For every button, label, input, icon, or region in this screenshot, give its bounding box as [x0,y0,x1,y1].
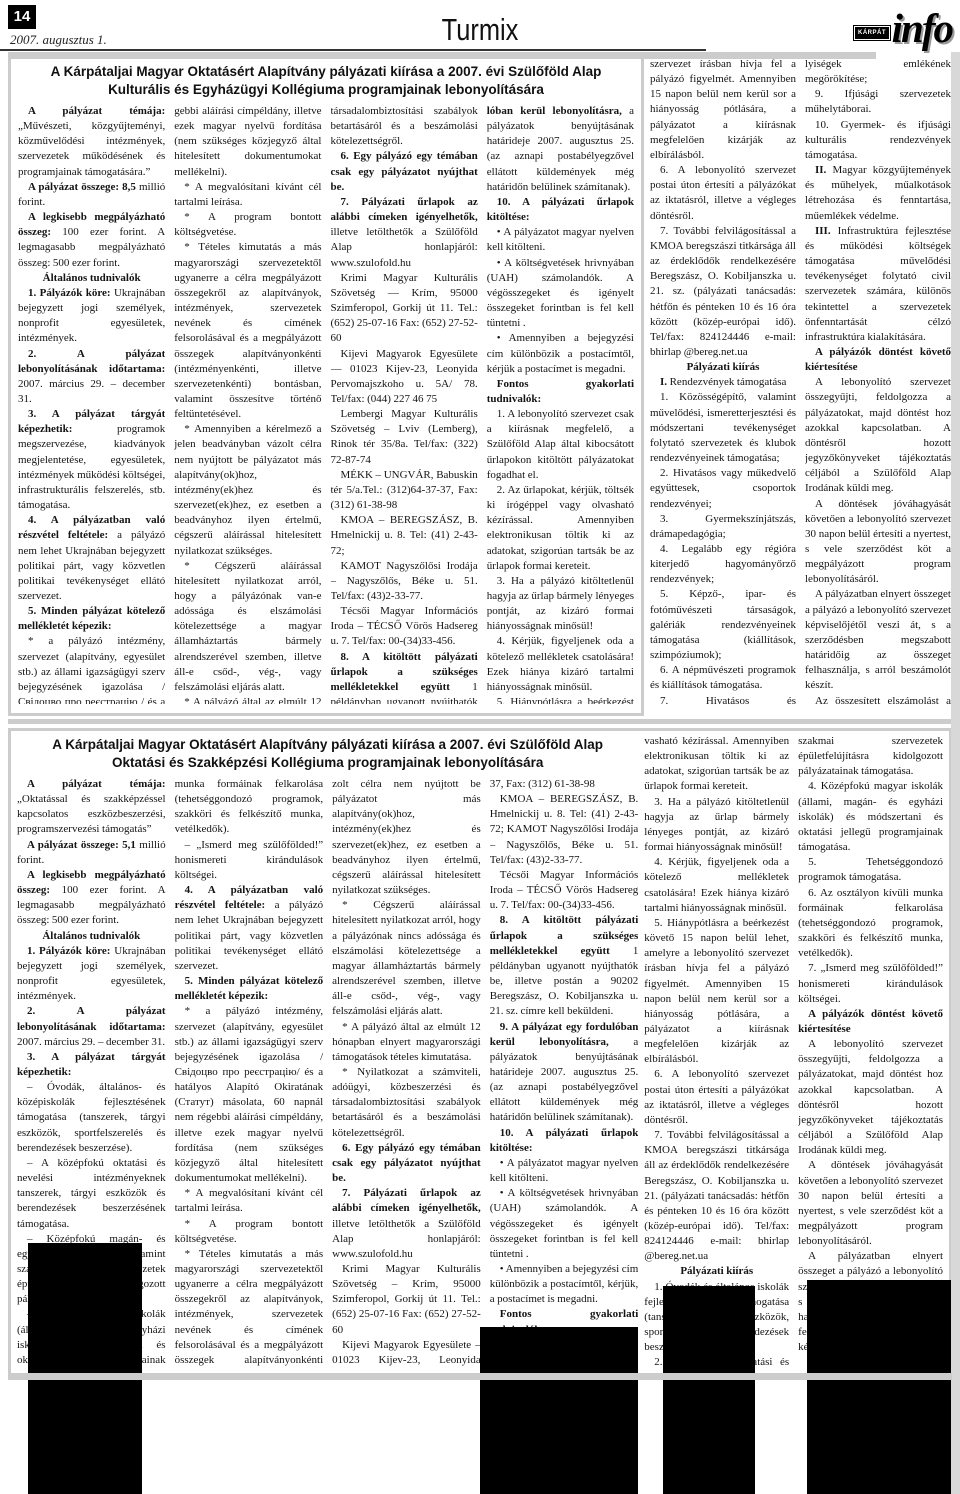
paragraph: 6. Az osztályon kívüli munka formáinak f… [798,886,943,962]
paragraph: 5. Tehetséggondozó programok támogatása. [798,855,943,885]
paragraph: Krimi Magyar Kulturális Szövetség — Krím… [331,271,478,347]
paragraph: Fontos gyakorlati tudnivalók: [487,377,634,407]
paragraph: 9. A pályázat egy fordulóban kerül lebon… [490,1020,639,1126]
article-bottom-title-line2: Oktatási és Szakképzési Kollégiuma progr… [112,755,543,770]
paragraph: * Tételes kimutatás a más magyarországi … [175,1247,324,1369]
paragraph: zolt célra nem nyújtott be pályázatot má… [332,777,481,898]
paragraph: * A megvalósítani kívánt cél tartalmi le… [174,180,321,210]
paragraph: 3. Ha a pályázó kitöltetlenül hagyja az … [644,795,789,856]
text-column: szakmai szervezetek épületfelújításra ki… [798,734,943,1372]
paragraph: * Tételes kimutatás a más magyarországi … [174,240,321,422]
paragraph: 7. Pályázati űrlapok az alábbi címeken i… [332,1186,481,1262]
paragraph: A legkisebb megpályázható összeg: 100 ez… [17,868,166,929]
redaction-box [28,1243,142,1494]
paragraph: • Amennyiben a bejegyzési cím különbözik… [490,1262,639,1307]
paragraph: A pályázók döntést követő kiértesítése [805,345,951,375]
paragraph: lóban kerül lebonyolításra, a pályázatok… [487,104,634,195]
paragraph: 4. A pályázatban való részvétel feltétel… [18,513,165,604]
paragraph: 4. Kérjük, figyeljenek oda a kötelező me… [487,634,634,695]
paragraph: * A program bontott költségvetése. [174,210,321,240]
paragraph: Általános tudnivalók [17,929,166,944]
bottom-rule-overlay [8,1373,952,1380]
paragraph: A pályázat összege: 5,1 millió forint. [17,838,166,868]
paragraph: 6. Egy pályázó egy témában csak egy pály… [332,1141,481,1186]
page-edge-strip [951,52,960,1494]
paragraph: 3. A pályázat tárgyát képezhetik: [17,1050,166,1080]
paragraph: vasható kézírással. Amennyiben elektroni… [644,734,789,795]
paragraph: * A megvalósítani kívánt cél tartalmi le… [175,1186,324,1216]
paragraph: 6. Egy pályázó egy témában csak egy pály… [331,149,478,194]
paragraph: Krimi Magyar Kulturális Szövetség – Krím… [332,1262,481,1338]
paragraph: 4. Legalább egy régióra kiterjedő hagyom… [650,542,796,587]
paragraph: III. Infrastruktúra fejlesztése és működ… [805,224,951,345]
paragraph: Técsői Magyar Információs Iroda – TÉCSŐ … [490,868,639,913]
paragraph: KMOA – BEREGSZÁSZ, B. Hmelnickij u. 8. T… [331,513,478,558]
paragraph: 4. Kérjük, figyeljenek oda a kötelező me… [644,855,789,916]
paragraph: 10. Gyermek- és ifjúsági kulturális rend… [805,118,951,163]
info-logo: info KÁRPÁT [852,4,952,50]
paragraph: 1. A lebonyolító szervezet csak a kiírás… [487,407,634,483]
paragraph: A pályázatban elnyert összeget a pályázó… [805,587,951,693]
paragraph: – Óvodák, általános- és középiskolák fej… [17,1080,166,1156]
paragraph: * a pályázó intézmény, szervezet (alapít… [175,1004,324,1186]
paragraph: MÉKK – UNGVÁR, Babuskin tér 5/a.Tel.: (3… [331,468,478,513]
section-divider [8,719,952,724]
paragraph: szakmai szervezetek épületfelújításra ki… [798,734,943,779]
karpat-badge: KÁRPÁT [854,26,890,40]
paragraph: – A középfokú oktatási és nevelési intéz… [17,1156,166,1232]
paragraph: • A pályázatot magyar nyelven kell kitöl… [490,1156,639,1186]
section-title: Turmix [86,12,873,48]
paragraph: 5. Minden pályázat kötelező mellékletét … [175,974,324,1004]
paragraph: KAMOT Nagyszőlősi Irodája – Nagyszőlős, … [331,559,478,604]
paragraph: A lebonyolító szervezet összegyűjti, fel… [798,1037,943,1158]
paragraph: gebbi aláírási címpéldány, illetve ezek … [174,104,321,180]
paragraph: 7. További felvilágosítással a KMOA bere… [650,224,796,360]
header-divider [0,49,706,51]
article-bottom-right-columns: vasható kézírással. Amennyiben elektroni… [644,734,943,1372]
paragraph: A pályázat témája: „Oktatással és szakké… [17,777,166,838]
paragraph: 2. Az űrlapokat, kérjük, töltsék ki íróg… [487,483,634,574]
paragraph: A pályázat témája: „Művészeti, közgyűjte… [18,104,165,180]
text-column: 37, Fax: (312) 61-38-98KMOA – BEREGSZÁSZ… [490,777,639,1369]
paragraph: 8. A kitöltött pályázati űrlapok a szüks… [331,650,478,704]
paragraph: KMOA – BEREGSZÁSZ, B. Hmelnickij u. 8. T… [490,792,639,868]
newspaper-page: 14 2007. augusztus 1. Turmix info KÁRPÁT… [0,0,960,1494]
paragraph: • A költségvetések hrivnyában (UAH) szám… [487,256,634,332]
paragraph: 3. Gyermekszínjátszás, drámapedagógia; [650,512,796,542]
paragraph: 1. Pályázók köre: Ukrajnában bejegyzett … [17,944,166,1005]
redaction-box [663,1286,755,1494]
text-column: munka formáinak felkarolása (tehetséggon… [175,777,324,1369]
paragraph: 6. A népművészeti programok és kiállítás… [650,663,796,693]
article-top-columns: A pályázat témája: „Művészeti, közgyűjte… [18,104,634,704]
paragraph: Técsői Magyar Információs Iroda – TÉCSŐ … [331,604,478,649]
paragraph: 6. A lebonyolító szervezet postai úton é… [644,1067,789,1128]
paragraph: 7. Hivatásos és hagyományőrző művészeti … [650,694,796,707]
paragraph: 4. Középfokú magyar iskolák (állami, mag… [798,779,943,855]
paragraph: * A pályázó által az elmúlt 12 hónapban … [332,1020,481,1065]
paragraph: szervezet írásban hívja fel a pályázó fi… [650,57,796,163]
paragraph: lyiségek emlékének megörökítése; [805,57,951,87]
paragraph: 7. Pályázati űrlapok az alábbi címeken i… [331,195,478,271]
paragraph: * A program bontott költségvetése. [175,1217,324,1247]
text-column: vasható kézírással. Amennyiben elektroni… [644,734,789,1372]
paragraph: 5. Képző-, ipar- és fotóművészeti társas… [650,587,796,663]
article-top-title-line1: A Kárpátaljai Magyar Oktatásért Alapítvá… [51,64,602,79]
paragraph: 4. A pályázatban való részvétel feltétel… [175,883,324,974]
paragraph: A lebonyolító szervezet összegyűjti, fel… [805,375,951,496]
redaction-box [480,1327,638,1494]
article-top-title-line2: Kulturális és Egyházügyi Kollégiuma prog… [108,82,544,97]
text-column: társadalombiztosítási szabályok betartás… [331,104,478,704]
paragraph: * a pályázó intézmény, szervezet (alapít… [18,634,165,704]
article-top-box: A Kárpátaljai Magyar Oktatásért Alapítvá… [8,52,644,716]
paragraph: 1. Pályázók köre: Ukrajnában bejegyzett … [18,286,165,347]
paragraph: Pályázati kiírás [650,360,796,375]
article-bottom-title-line1: A Kárpátaljai Magyar Oktatásért Alapítvá… [52,737,603,752]
paragraph: Az összesített elszámolást a lebonyolító… [805,694,951,707]
paragraph: A pályázók döntést követő kiértesítése [798,1007,943,1037]
article-top-right-columns: szervezet írásban hívja fel a pályázó fi… [650,57,951,707]
paragraph: A döntések jóváhagyását követően a lebon… [805,497,951,588]
paragraph: I. Rendezvények támogatása [650,375,796,390]
paragraph: – „Ismerd meg szülőfölded!” honismereti … [175,838,324,883]
text-column: lóban kerül lebonyolításra, a pályázatok… [487,104,634,704]
text-column: zolt célra nem nyújtott be pályázatot má… [332,777,481,1369]
paragraph: 9. Ifjúsági szervezetek műhelytáborai. [805,87,951,117]
paragraph: 2. Hivatásos vagy műkedvelő együttesek, … [650,466,796,511]
paragraph: 37, Fax: (312) 61-38-98 [490,777,639,792]
paragraph: II. Magyar közgyűjtemények és műhelyek, … [805,163,951,224]
paragraph: • A költségvetések hrivnyában (UAH) szám… [490,1186,639,1262]
paragraph: Általános tudnivalók [18,271,165,286]
paragraph: 5. Minden pályázat kötelező mellékletét … [18,604,165,634]
paragraph: 7. „Ismerd meg szülőfölded!” honismereti… [798,961,943,1006]
text-column: A pályázat témája: „Művészeti, közgyűjte… [18,104,165,704]
paragraph: * Cégszerű aláírással hitelesített nyila… [174,559,321,695]
paragraph: A pályázat összege: 8,5 millió forint. [18,180,165,210]
paragraph: * Cégszerű aláírással hitelesített nyila… [332,898,481,1019]
paragraph: 5. Hiánypótlásra a beérkezést követő 15 … [644,916,789,1068]
page-number: 14 [8,5,36,29]
text-column: gebbi aláírási címpéldány, illetve ezek … [174,104,321,704]
paragraph: • Amennyiben a bejegyzési cím különbözik… [487,331,634,376]
paragraph: 7. További felvilágosítással a KMOA bere… [644,1128,789,1264]
paragraph: A legkisebb megpályázható összeg: 100 ez… [18,210,165,271]
paragraph: munka formáinak felkarolása (tehetséggon… [175,777,324,838]
paragraph: 10. A pályázati űrlapok kitöltése: [490,1126,639,1156]
paragraph: 3. Ha a pályázó kitöltetlenül hagyja az … [487,574,634,635]
paragraph: * Amennyiben a kérelmező a jelen beadván… [174,422,321,558]
paragraph: 6. A lebonyolító szervezet postai úton é… [650,163,796,224]
paragraph: Pályázati kiírás [644,1264,789,1279]
paragraph: társadalombiztosítási szabályok betartás… [331,104,478,149]
redaction-box [807,1280,951,1494]
paragraph: 3. A pályázat tárgyát képezhetik: progra… [18,407,165,513]
paragraph: 2. A pályázat lebonyolításának időtartam… [17,1004,166,1049]
paragraph: • A pályázatot magyar nyelven kell kitöl… [487,225,634,255]
paragraph: 8. A kitöltött pályázati űrlapok a szüks… [490,913,639,1019]
paragraph: Kijevi Magyarok Egyesülete — 01023 Kijev… [331,347,478,408]
info-logo-text: info [892,4,952,52]
paragraph: * Nyilatkozat a számviteli, adóügyi, köz… [332,1065,481,1141]
paragraph: * A pályázó által az elmúlt 12 hónapban … [174,695,321,704]
article-top-title: A Kárpátaljai Magyar Oktatásért Alapítvá… [18,63,634,99]
paragraph: 1. Közösségépítő, valamint művelődési, i… [650,390,796,466]
article-bottom-title: A Kárpátaljai Magyar Oktatásért Alapítvá… [17,736,638,772]
paragraph: Lembergi Magyar Kulturális Szövetség – L… [331,407,478,468]
paragraph: 2. A pályázat lebonyolításának időtartam… [18,347,165,408]
paragraph: 5. Hiánypótlásra a beérkezést követő 15 … [487,695,634,704]
paragraph: A döntések jóváhagyását követően a lebon… [798,1158,943,1249]
paragraph: Kijevi Magyarok Egyesülete – 01023 Kijev… [332,1338,481,1369]
text-column: lyiségek emlékének megörökítése;9. Ifjús… [805,57,951,707]
text-column: szervezet írásban hívja fel a pályázó fi… [650,57,796,707]
paragraph: 10. A pályázati űrlapok kitöltése: [487,195,634,225]
